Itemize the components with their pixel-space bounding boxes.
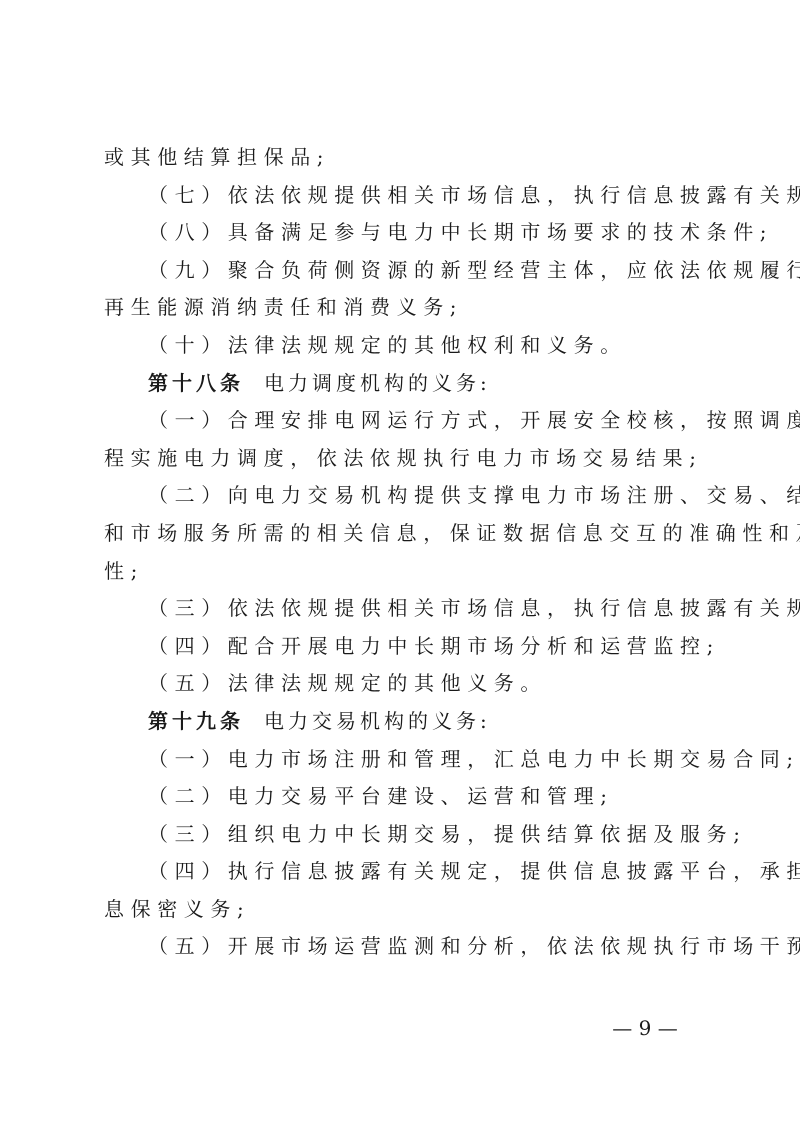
article-19-title: 电力交易机构的义务:: [264, 709, 491, 733]
article-18-clause-1: （一）合理安排电网运行方式，开展安全校核，按照调度规: [104, 402, 694, 440]
article-19-heading: 第十九条电力交易机构的义务:: [104, 703, 694, 741]
article-19-clause-4: （四）执行信息披露有关规定，提供信息披露平台，承担信: [104, 853, 694, 891]
article-19-clause-5: （五）开展市场运营监测和分析，依法依规执行市场干预措: [104, 928, 694, 966]
article-18-clause-5: （五）法律法规规定的其他义务。: [104, 665, 694, 703]
clause-7: （七）依法依规提供相关市场信息，执行信息披露有关规定;: [104, 177, 694, 215]
article-18-clause-2: （二）向电力交易机构提供支撑电力市场注册、交易、结算: [104, 477, 694, 515]
article-19-number: 第十九条: [148, 709, 244, 733]
article-19-clause-2: （二）电力交易平台建设、运营和管理;: [104, 778, 694, 816]
clause-9: （九）聚合负荷侧资源的新型经营主体，应依法依规履行可: [104, 252, 694, 290]
article-18-heading: 第十八条电力调度机构的义务:: [104, 365, 694, 403]
clause-8: （八）具备满足参与电力中长期市场要求的技术条件;: [104, 214, 694, 252]
article-18-title: 电力调度机构的义务:: [264, 371, 491, 395]
article-18-clause-4: （四）配合开展电力中长期市场分析和运营监控;: [104, 628, 694, 666]
text-line: 再生能源消纳责任和消费义务;: [104, 289, 694, 327]
article-18-clause-3: （三）依法依规提供相关市场信息，执行信息披露有关规定;: [104, 590, 694, 628]
text-line: 或其他结算担保品;: [104, 139, 694, 177]
text-line: 和市场服务所需的相关信息，保证数据信息交互的准确性和及时: [104, 515, 694, 553]
article-19-clause-1: （一）电力市场注册和管理，汇总电力中长期交易合同;: [104, 741, 694, 779]
page-number: — 9 —: [600, 1016, 690, 1040]
text-line: 性;: [104, 553, 694, 591]
document-page: 或其他结算担保品; （七）依法依规提供相关市场信息，执行信息披露有关规定; （八…: [104, 139, 694, 966]
clause-10: （十）法律法规规定的其他权利和义务。: [104, 327, 694, 365]
article-19-clause-3: （三）组织电力中长期交易，提供结算依据及服务;: [104, 816, 694, 854]
text-line: 息保密义务;: [104, 891, 694, 929]
article-18-number: 第十八条: [148, 371, 244, 395]
text-line: 程实施电力调度，依法依规执行电力市场交易结果;: [104, 440, 694, 478]
